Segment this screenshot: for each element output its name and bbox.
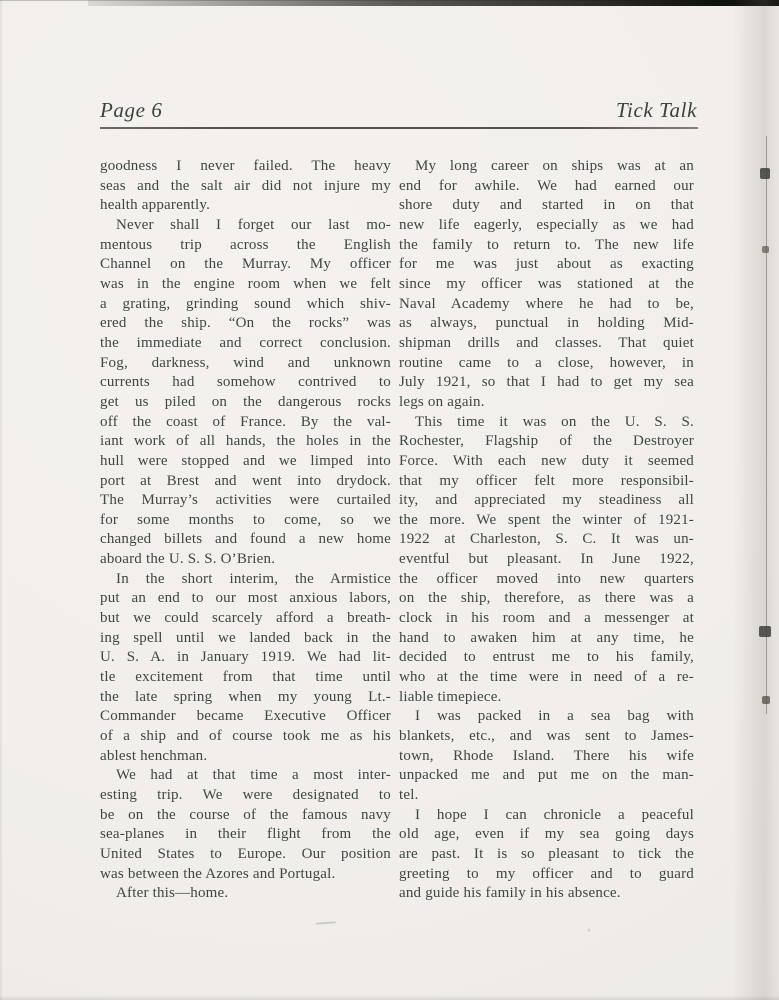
text-line: Rochester, Flagship of the Destroyer: [399, 432, 694, 452]
text-line: new life eagerly, especially as we had: [399, 216, 694, 236]
text-line: Force. With each new duty it seemed: [399, 452, 694, 472]
text-line: United States to Europe. Our position: [100, 845, 391, 865]
text-line: Fog, darkness, wind and unknown: [100, 354, 391, 374]
text-line: changed billets and found a new home: [100, 530, 391, 550]
journal-title: Tick Talk: [616, 98, 697, 123]
text-line: was between the Azores and Portugal.: [100, 865, 391, 885]
text-line: I hope I can chronicle a peaceful: [399, 806, 694, 826]
header-rule: [100, 127, 698, 129]
text-line: since my officer was stationed at the: [399, 275, 694, 295]
text-line: health apparently.: [100, 196, 391, 216]
text-line: are past. It is so pleasant to tick the: [399, 845, 694, 865]
text-line: seas and the salt air did not injure my: [100, 177, 391, 197]
text-line: of a ship and of course took me as his: [100, 727, 391, 747]
text-line: aboard the U. S. S. O’Brien.: [100, 550, 391, 570]
text-line: eventful but pleasant. In June 1922,: [399, 550, 694, 570]
text-line: shipman drills and classes. That quiet: [399, 334, 694, 354]
article-column-right: My long career on ships was at anend for…: [399, 157, 694, 904]
text-line: decided to entrust me to his family,: [399, 648, 694, 668]
text-line: July 1921, so that I had to get my sea: [399, 373, 694, 393]
text-line: for me was just about as exacting: [399, 255, 694, 275]
text-line: hand to awaken him at any time, he: [399, 629, 694, 649]
text-line: goodness I never failed. The heavy: [100, 157, 391, 177]
text-line: iant work of all hands, the holes in the: [100, 432, 391, 452]
staple-bottom-lower: [762, 696, 770, 704]
text-line: who at the time were in need of a re-: [399, 668, 694, 688]
text-line: the late spring when my young Lt.-: [100, 688, 391, 708]
text-line: the family to return to. The new life: [399, 236, 694, 256]
paper-smudge: [316, 921, 336, 924]
text-line: ity, and appreciated my steadiness all: [399, 491, 694, 511]
article-column-left: goodness I never failed. The heavyseas a…: [100, 157, 391, 904]
text-line: hull were stopped and we limped into: [100, 452, 391, 472]
text-line: the officer moved into new quarters: [399, 570, 694, 590]
text-line: This time it was on the U. S. S.: [399, 413, 694, 433]
text-line: tle excitement from that time until: [100, 668, 391, 688]
text-line: My long career on ships was at an: [399, 157, 694, 177]
scanned-page: Page 6 Tick Talk goodness I never failed…: [0, 0, 779, 1000]
text-line: In the short interim, the Armistice: [100, 570, 391, 590]
staple-top-lower: [762, 246, 769, 253]
text-line: town, Rhode Island. There his wife: [399, 747, 694, 767]
text-line: U. S. A. in January 1919. We had lit-: [100, 648, 391, 668]
text-line: currents had somehow contrived to: [100, 373, 391, 393]
text-line: port at Brest and went into drydock.: [100, 472, 391, 492]
text-line: Naval Academy where he had to be,: [399, 295, 694, 315]
text-line: greeting to my officer and to guard: [399, 865, 694, 885]
scan-left-edge-shadow: [0, 0, 3, 1000]
text-line: shore duty and started in on that: [399, 196, 694, 216]
text-line: old age, even if my sea going days: [399, 825, 694, 845]
page-number-label: Page 6: [100, 98, 163, 123]
page-curl-shadow: [733, 0, 779, 1000]
text-line: routine came to a close, however, in: [399, 354, 694, 374]
text-line: as always, punctual in holding Mid-: [399, 314, 694, 334]
text-line: for some months to come, so we: [100, 511, 391, 531]
text-line: We had at that time a most inter-: [100, 766, 391, 786]
text-line: that my officer felt more responsibil-: [399, 472, 694, 492]
text-line: 1922 at Charleston, S. C. It was un-: [399, 530, 694, 550]
text-line: ered the ship. “On the rocks” was: [100, 314, 391, 334]
text-line: the immediate and correct conclusion.: [100, 334, 391, 354]
text-line: the more. We spent the winter of 1921-: [399, 511, 694, 531]
text-line: ing spell until we landed back in the: [100, 629, 391, 649]
text-line: end for awhile. We had earned our: [399, 177, 694, 197]
scan-top-edge-shadow: [88, 0, 779, 6]
text-line: be on the course of the famous navy: [100, 806, 391, 826]
text-line: get us piled on the dangerous rocks: [100, 393, 391, 413]
text-line: The Murray’s activities were curtailed: [100, 491, 391, 511]
running-header: Page 6 Tick Talk: [100, 98, 697, 123]
text-line: on the ship, therefore, as there was a: [399, 589, 694, 609]
text-line: Channel on the Murray. My officer: [100, 255, 391, 275]
text-line: off the coast of France. By the val-: [100, 413, 391, 433]
text-line: was in the engine room when we felt: [100, 275, 391, 295]
text-line: tel.: [399, 786, 694, 806]
text-line: Commander became Executive Officer: [100, 707, 391, 727]
text-line: legs on again.: [399, 393, 694, 413]
text-line: sea-planes in their flight from the: [100, 825, 391, 845]
text-line: Never shall I forget our last mo-: [100, 216, 391, 236]
text-line: After this—home.: [100, 884, 391, 904]
text-line: mentous trip across the English: [100, 236, 391, 256]
text-line: but we could scarcely afford a breath-: [100, 609, 391, 629]
staple-bottom-upper: [759, 626, 771, 637]
text-line: liable timepiece.: [399, 688, 694, 708]
text-line: and guide his family in his absence.: [399, 884, 694, 904]
text-line: clock in his room and a messenger at: [399, 609, 694, 629]
scan-bottom-edge-shadow: [0, 995, 779, 1000]
text-line: I was packed in a sea bag with: [399, 707, 694, 727]
text-line: put an end to our most anxious labors,: [100, 589, 391, 609]
text-line: unpacked me and put me on the man-: [399, 766, 694, 786]
staple-top-upper: [760, 168, 770, 179]
text-line: a grating, grinding sound which shiv-: [100, 295, 391, 315]
text-line: esting trip. We were designated to: [100, 786, 391, 806]
text-line: blankets, etc., and was sent to James-: [399, 727, 694, 747]
text-line: ablest henchman.: [100, 747, 391, 767]
